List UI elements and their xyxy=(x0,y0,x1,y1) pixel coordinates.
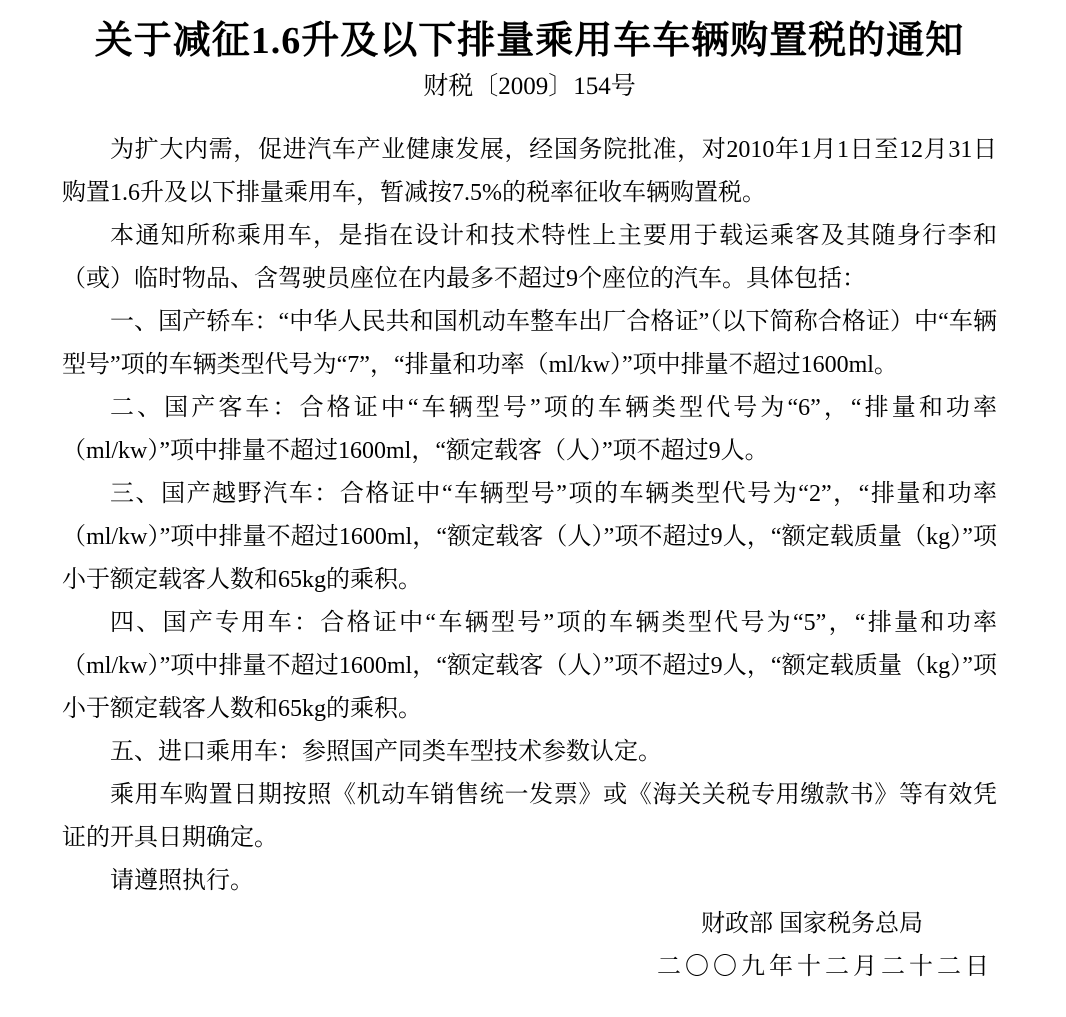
doc-number: 财税〔2009〕154号 xyxy=(62,70,997,104)
paragraph-purchase-date: 乘用车购置日期按照《机动车销售统一发票》或《海关关税专用缴款书》等有效凭证的开具… xyxy=(62,774,997,860)
paragraph-closing: 请遵照执行。 xyxy=(62,860,997,903)
paragraph-item-4-domestic-special: 四、国产专用车：合格证中“车辆型号”项的车辆类型代号为“5”，“排量和功率（ml… xyxy=(62,602,997,731)
signature-org: 财政部 国家税务总局 xyxy=(62,903,923,946)
paragraph-intro: 为扩大内需，促进汽车产业健康发展，经国务院批准，对2010年1月1日至12月31… xyxy=(62,129,997,215)
notice-title: 关于减征1.6升及以下排量乘用车车辆购置税的通知 xyxy=(62,16,997,66)
notice-body: 为扩大内需，促进汽车产业健康发展，经国务院批准，对2010年1月1日至12月31… xyxy=(62,129,997,989)
signature-date: 二〇〇九年十二月二十二日 xyxy=(62,946,993,989)
paragraph-item-5-imported: 五、进口乘用车：参照国产同类车型技术参数认定。 xyxy=(62,731,997,774)
notice-document: 关于减征1.6升及以下排量乘用车车辆购置税的通知 财税〔2009〕154号 为扩… xyxy=(0,0,1066,1017)
paragraph-definition: 本通知所称乘用车，是指在设计和技术特性上主要用于载运乘客及其随身行李和（或）临时… xyxy=(62,215,997,301)
paragraph-item-2-domestic-bus: 二、国产客车：合格证中“车辆型号”项的车辆类型代号为“6”，“排量和功率（ml/… xyxy=(62,387,997,473)
paragraph-item-3-domestic-offroad: 三、国产越野汽车：合格证中“车辆型号”项的车辆类型代号为“2”，“排量和功率（m… xyxy=(62,473,997,602)
paragraph-item-1-domestic-sedan: 一、国产轿车：“中华人民共和国机动车整车出厂合格证”（以下简称合格证）中“车辆型… xyxy=(62,301,997,387)
